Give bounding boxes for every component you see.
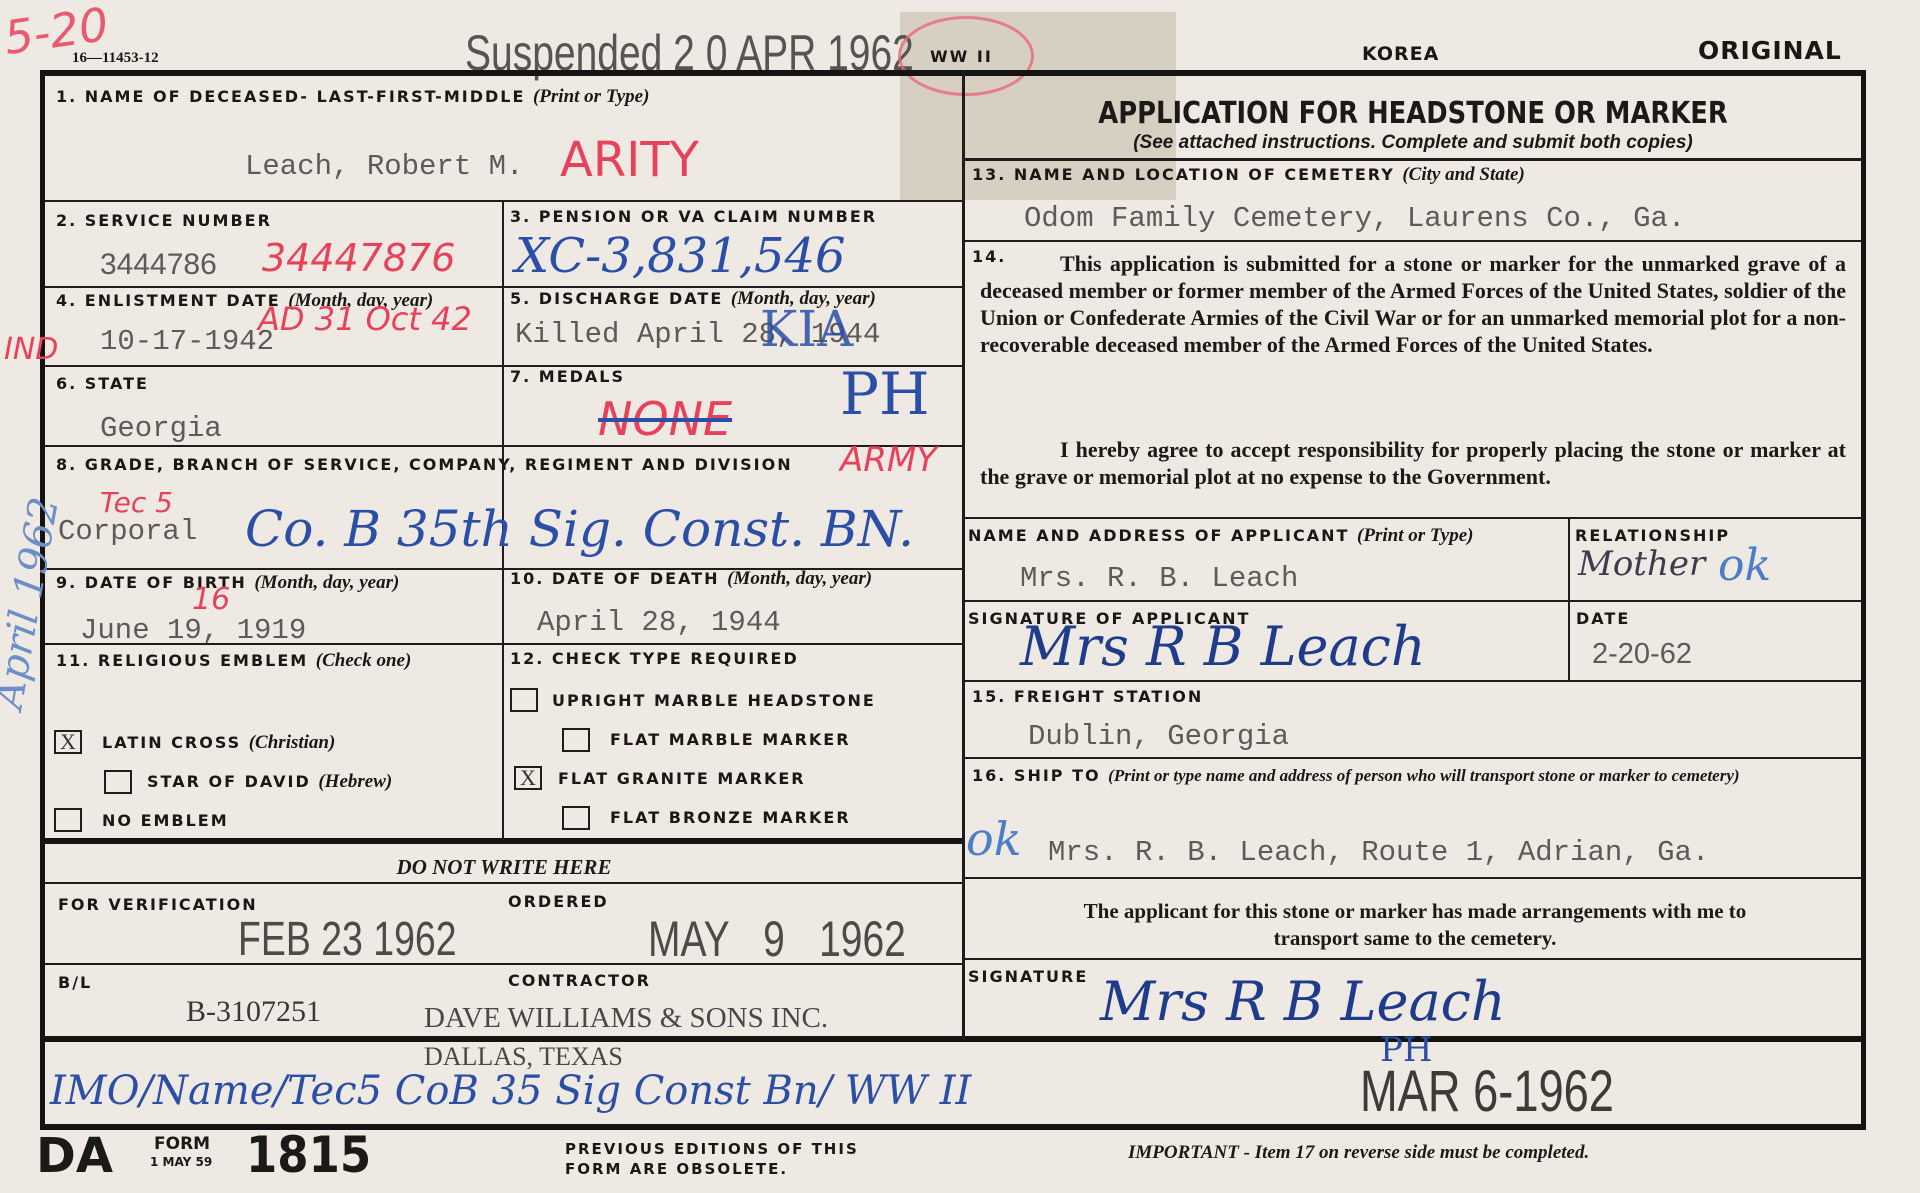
form-number: 1815 — [246, 1126, 371, 1184]
row-rule — [45, 445, 963, 447]
form-title: APPLICATION FOR HEADSTONE OR MARKER — [1028, 96, 1799, 131]
row-rule — [964, 958, 1862, 960]
verification-label: FOR VERIFICATION — [58, 896, 258, 913]
row-rule — [45, 963, 963, 965]
latin-cross-label: LATIN CROSS (Christian) — [102, 734, 335, 751]
bl-value: B-3107251 — [186, 995, 321, 1029]
verification-stamp: FEB 23 1962 — [238, 912, 457, 967]
cemetery-value: Odom Family Cemetery, Laurens Co., Ga. — [1024, 202, 1685, 235]
flat-bronze-checkbox[interactable] — [562, 806, 590, 830]
date-value: 2-20-62 — [1592, 638, 1692, 671]
ww2-circle — [898, 16, 1034, 96]
row-rule — [45, 643, 963, 645]
form-word: FORM — [154, 1134, 210, 1154]
frame-top — [40, 70, 1866, 76]
contractor-label: CONTRACTOR — [508, 972, 651, 989]
grade-label: 8. GRADE, BRANCH OF SERVICE, COMPANY, RE… — [56, 455, 876, 475]
dod-label: 10. DATE OF DEATH (Month, day, year) — [510, 570, 960, 587]
grade-annotation-branch: ARMY — [840, 440, 937, 480]
medals-struck-annotation: NONE — [598, 392, 732, 446]
form-code: 16—11453-12 — [72, 50, 159, 67]
row-rule — [964, 757, 1862, 759]
important-note: IMPORTANT - Item 17 on reverse side must… — [1128, 1142, 1589, 1164]
obsolete-line-2: FORM ARE OBSOLETE. — [565, 1161, 788, 1178]
bl-label: B/L — [58, 974, 92, 991]
relationship-label: RELATIONSHIP — [1575, 527, 1730, 544]
copy-label: ORIGINAL — [1698, 42, 1842, 59]
row-rule — [964, 158, 1862, 161]
statement-paragraph-1: This application is submitted for a ston… — [980, 250, 1846, 358]
ship-to-label: 16. SHIP TO (Print or type name and addr… — [972, 766, 1752, 785]
ordered-label: ORDERED — [508, 893, 609, 910]
star-of-david-label: STAR OF DAVID (Hebrew) — [147, 773, 392, 790]
applicant-signature: Mrs R B Leach — [1020, 615, 1426, 678]
dob-annotation: 16 — [192, 582, 230, 617]
discharge-label: 5. DISCHARGE DATE (Month, day, year) — [510, 290, 960, 307]
medals-annotation: PH — [840, 360, 930, 428]
row-rule — [45, 365, 963, 367]
state-value: Georgia — [100, 412, 222, 445]
applicant-value: Mrs. R. B. Leach — [1020, 562, 1298, 595]
grade-annotation: Co. B 35th Sig. Const. BN. — [245, 500, 914, 558]
row-rule — [964, 877, 1862, 879]
enlistment-annotation: AD 31 Oct 42 — [258, 300, 472, 338]
row-rule — [964, 240, 1862, 242]
office-use-heading: DO NOT WRITE HERE — [45, 855, 963, 880]
transport-signature-label: SIGNATURE — [968, 968, 1088, 985]
freight-station-value: Dublin, Georgia — [1028, 720, 1289, 753]
name-value: Leach, Robert M. — [245, 150, 523, 183]
row-rule — [964, 680, 1862, 682]
type-required-label: 12. CHECK TYPE REQUIRED — [510, 650, 799, 667]
applicant-divider — [1568, 517, 1570, 680]
pension-label: 3. PENSION OR VA CLAIM NUMBER — [510, 208, 877, 225]
service-number-value: 3444786 — [100, 248, 217, 282]
obsolete-line-1: PREVIOUS EDITIONS OF THIS — [565, 1141, 859, 1158]
relationship-annotation: ok — [1718, 540, 1771, 591]
statement-paragraph-2: I hereby agree to accept responsibility … — [980, 436, 1846, 490]
column-divider — [962, 70, 965, 1040]
dob-label: 9. DATE OF BIRTH (Month, day, year) — [56, 574, 496, 591]
service-number-annotation: 34447876 — [262, 236, 455, 280]
office-top-rule — [40, 838, 962, 844]
form-subtitle: (See attached instructions. Complete and… — [965, 132, 1861, 154]
flat-bronze-label: FLAT BRONZE MARKER — [610, 809, 851, 826]
upright-marble-checkbox[interactable] — [510, 688, 538, 712]
no-emblem-label: NO EMBLEM — [102, 812, 229, 829]
row-rule — [964, 517, 1862, 519]
war-korea-label: KOREA — [1362, 46, 1439, 63]
medals-label: 7. MEDALS — [510, 368, 625, 385]
received-stamp: MAR 6-1962 — [1360, 1058, 1614, 1125]
latin-cross-checkbox[interactable]: X — [54, 730, 82, 754]
emblem-label: 11. RELIGIOUS EMBLEM (Check one) — [56, 652, 486, 669]
grade-value: Corporal — [58, 515, 197, 548]
service-number-label: 2. SERVICE NUMBER — [56, 212, 272, 229]
contractor-value: DAVE WILLIAMS & SONS INC. — [424, 1002, 828, 1035]
row-rule — [964, 600, 1862, 602]
relationship-value: Mother — [1578, 544, 1705, 584]
state-label: 6. STATE — [56, 375, 149, 392]
grade-annotation-red: Tec 5 — [100, 486, 173, 519]
flat-granite-checkbox[interactable]: X — [514, 766, 542, 790]
form-date: 1 MAY 59 — [150, 1155, 212, 1169]
applicant-label: NAME AND ADDRESS OF APPLICANT (Print or … — [968, 527, 1568, 544]
left-margin-note: April 1962 — [0, 494, 68, 712]
cemetery-label: 13. NAME AND LOCATION OF CEMETERY (City … — [972, 166, 1525, 183]
star-of-david-checkbox[interactable] — [104, 770, 132, 794]
notes-top-rule — [40, 1036, 1866, 1042]
ordered-stamp: MAY 9 1962 — [648, 910, 906, 968]
flat-granite-label: FLAT GRANITE MARKER — [558, 770, 806, 787]
ship-to-value: Mrs. R. B. Leach, Route 1, Adrian, Ga. — [1048, 836, 1709, 869]
pension-annotation: XC-3,831,546 — [515, 228, 846, 284]
flat-marble-checkbox[interactable] — [562, 728, 590, 752]
freight-station-label: 15. FREIGHT STATION — [972, 688, 1203, 705]
name-annotation: ARITY — [560, 132, 699, 188]
row-rule — [45, 200, 963, 202]
enlistment-annotation-left: IND — [4, 332, 58, 367]
upright-marble-label: UPRIGHT MARBLE HEADSTONE — [552, 692, 876, 709]
row-rule — [45, 882, 963, 884]
transport-statement: The applicant for this stone or marker h… — [1040, 898, 1790, 952]
office-notes: IMO/Name/Tec5 CoB 35 Sig Const Bn/ WW II — [50, 1068, 971, 1114]
enlistment-value: 10-17-1942 — [100, 325, 274, 358]
ship-to-annotation: ok — [966, 812, 1022, 866]
flat-marble-label: FLAT MARBLE MARKER — [610, 731, 851, 748]
date-label: DATE — [1576, 610, 1630, 627]
form-prefix: DA — [36, 1128, 113, 1184]
transport-signature: Mrs R B Leach — [1100, 970, 1506, 1033]
name-label: 1. NAME OF DECEASED- LAST-FIRST-MIDDLE (… — [56, 88, 649, 105]
no-emblem-checkbox[interactable] — [54, 808, 82, 832]
discharge-annotation: KIA — [760, 300, 853, 358]
dod-value: April 28, 1944 — [537, 606, 781, 639]
